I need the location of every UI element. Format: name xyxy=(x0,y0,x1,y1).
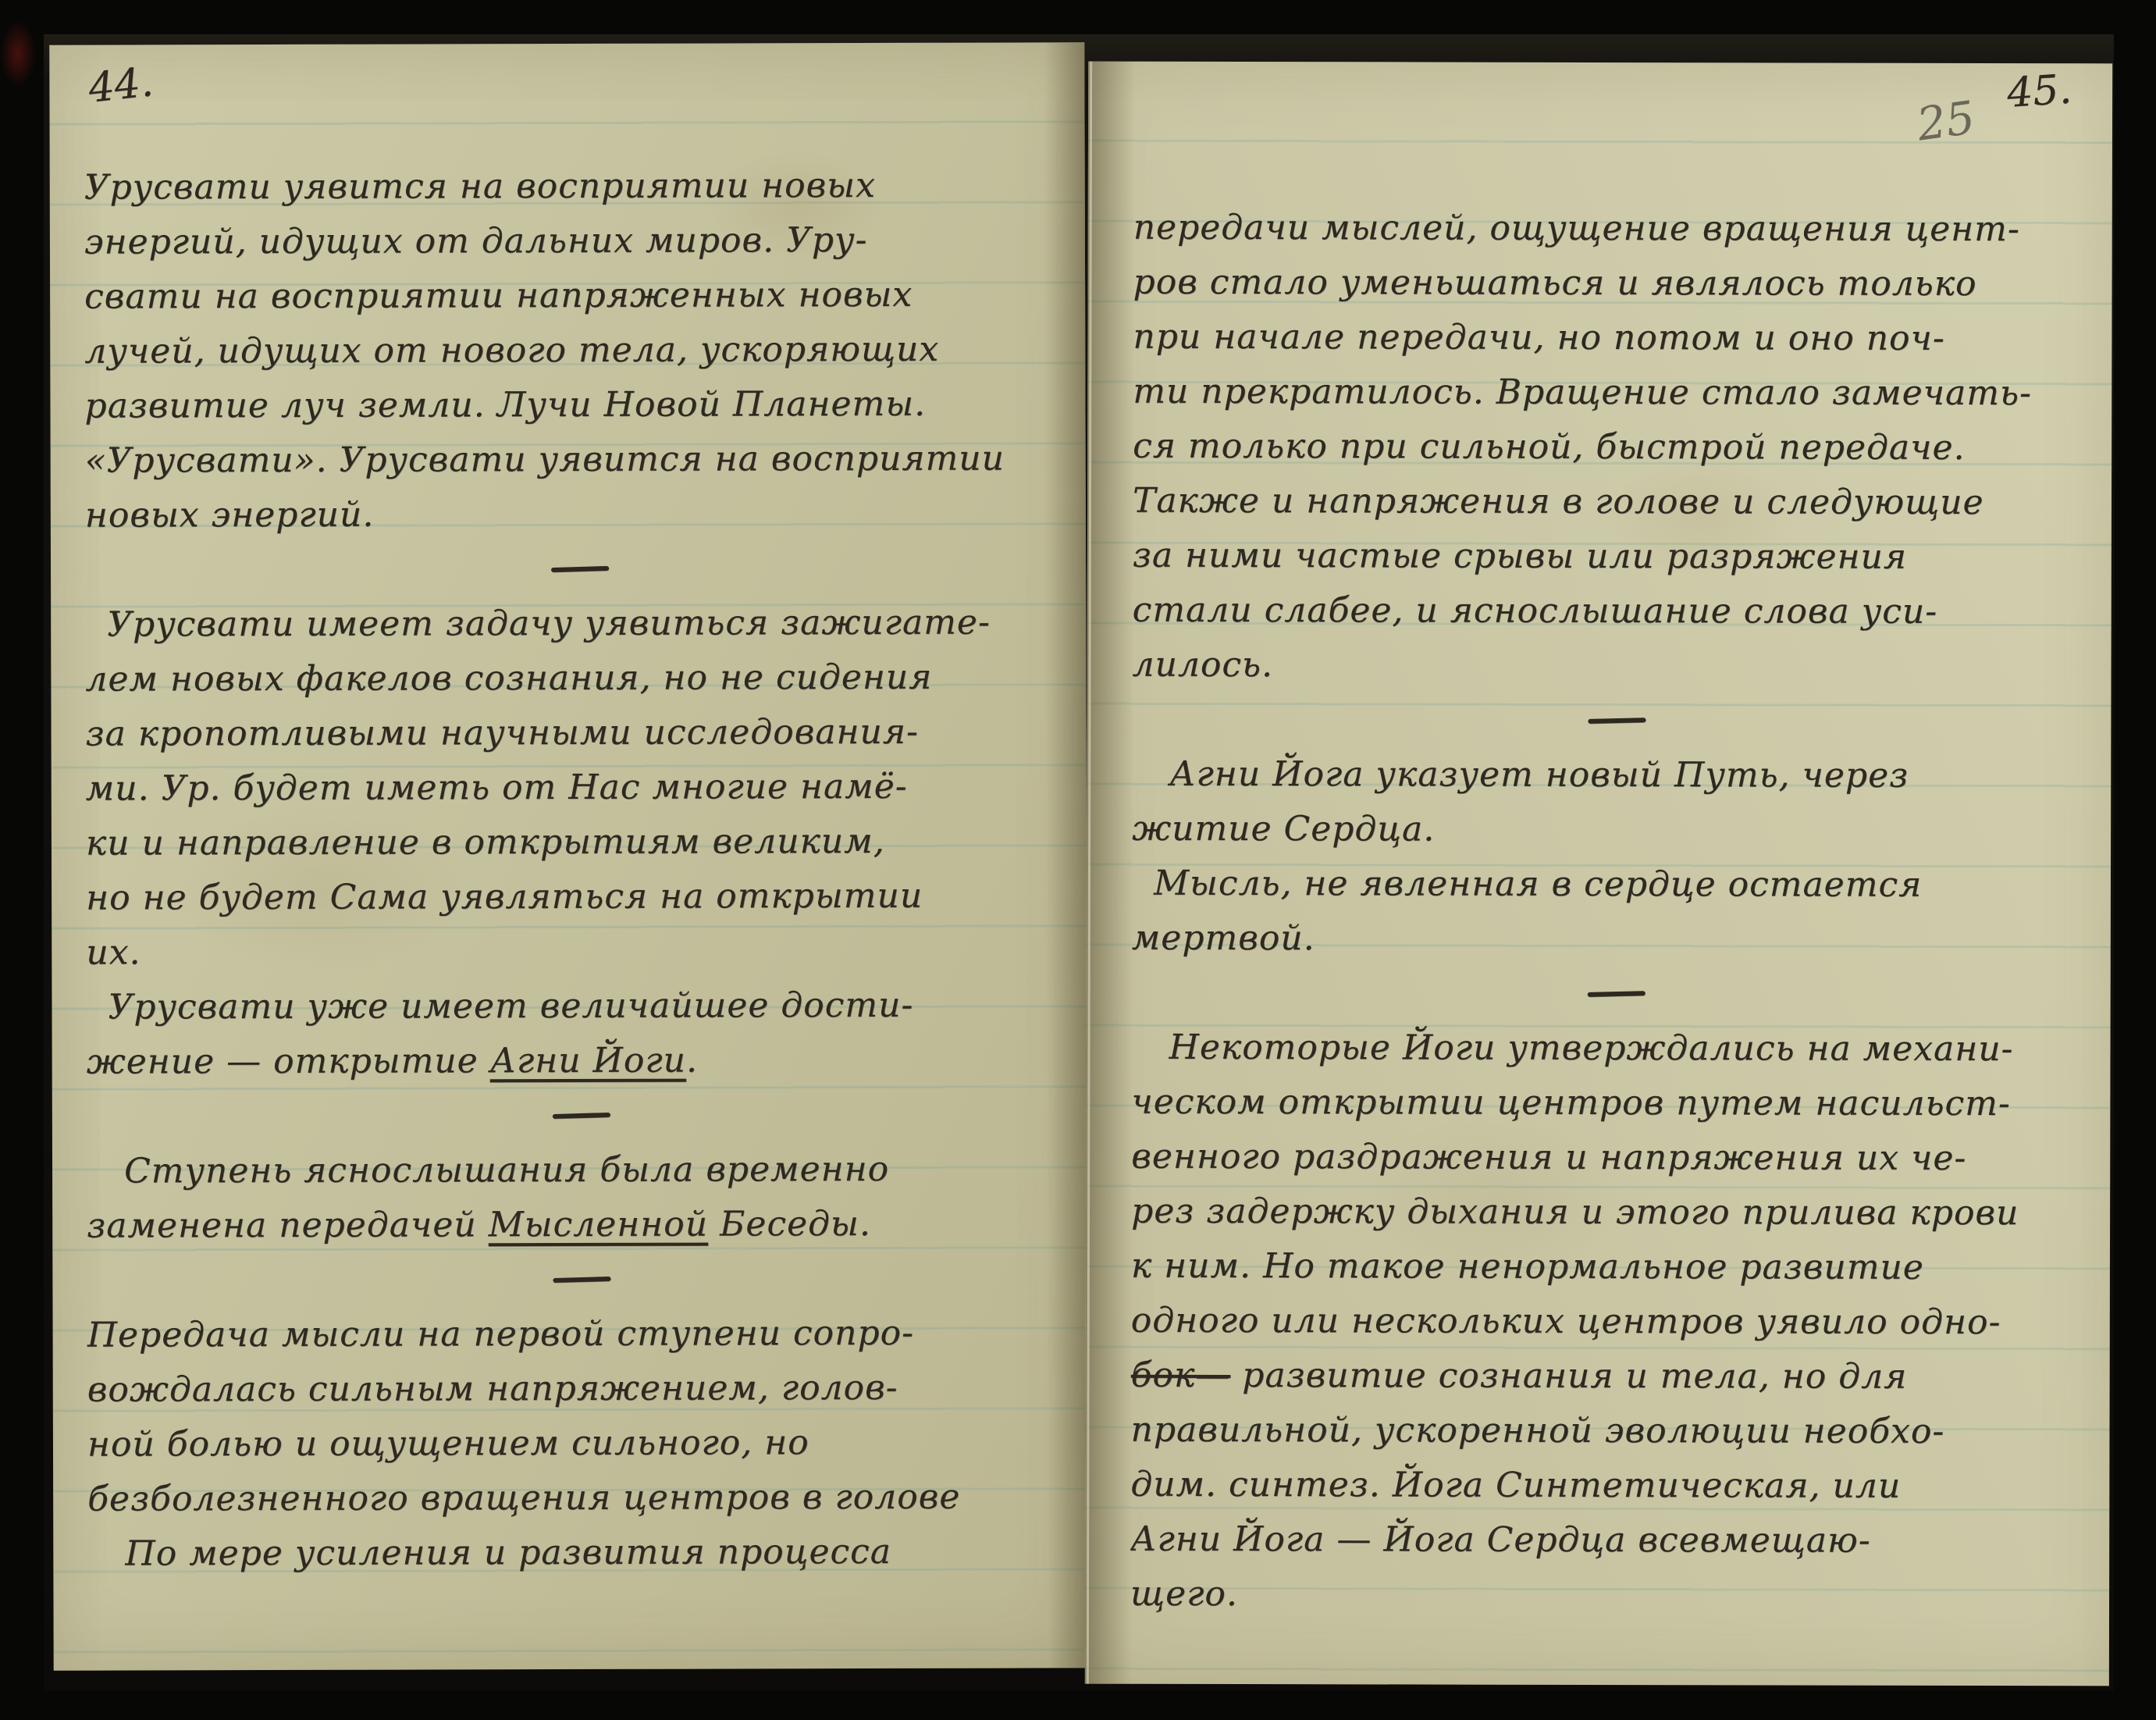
manuscript-line: правильной, ускоренной эволюции необхо- xyxy=(1130,1403,2100,1460)
manuscript-line: энергий, идущих от дальних миров. Уру- xyxy=(84,212,1074,269)
separator-dash xyxy=(553,1113,610,1119)
section-separator xyxy=(1132,966,2101,1023)
manuscript-line: за кропотливыми научными исследования- xyxy=(85,704,1075,761)
section-separator xyxy=(1132,693,2101,750)
section-separator xyxy=(87,1087,1076,1144)
manuscript-line: житие Сердца. xyxy=(1132,802,2101,859)
manuscript-line: ти прекратилось. Вращение стало замечать… xyxy=(1133,365,2102,422)
manuscript-line: ми. Ур. будет иметь от Нас многие намё- xyxy=(86,759,1076,816)
red-cover-smudge xyxy=(0,20,36,87)
manuscript-line: жение — открытие Агни Йоги. xyxy=(87,1032,1076,1089)
manuscript-line: к ним. Но такое ненормальное развитие xyxy=(1131,1239,2101,1296)
manuscript-line: венного раздражения и напряжения их че- xyxy=(1131,1130,2101,1187)
section-separator xyxy=(85,540,1075,597)
manuscript-line: но не будет Сама уявляться на открытии xyxy=(86,868,1076,925)
manuscript-line: Урусвати уявится на восприятии новых xyxy=(84,158,1074,215)
manuscript-line: ся только при сильной, быстрой передаче. xyxy=(1133,419,2102,476)
manuscript-line: лем новых факелов сознания, но не сидени… xyxy=(85,650,1075,707)
page-number-pencil: 25 xyxy=(1914,91,1978,151)
manuscript-line: за ними частые срывы или разряжения xyxy=(1133,529,2102,586)
manuscript-line: бок— развитие сознания и тела, но для xyxy=(1131,1348,2101,1405)
right-page: 45. 25 передачи мыслей, ощущение вращени… xyxy=(1085,62,2112,1686)
manuscript-line: Мысль, не явленная в сердце остается xyxy=(1132,856,2101,913)
manuscript-line: ки и направление в открытиям великим, xyxy=(86,814,1076,871)
manuscript-line: Передача мысли на первой ступени сопро- xyxy=(87,1305,1077,1362)
manuscript-line: «Урусвати». Урусвати уявится на восприят… xyxy=(85,431,1075,488)
manuscript-line: заменена передачей Мысленной Беседы. xyxy=(87,1196,1076,1253)
line-segment: заменена передачей xyxy=(87,1205,489,1245)
manuscript-line: их. xyxy=(86,923,1076,980)
manuscript-line: передачи мыслей, ощущение вращения цент- xyxy=(1133,201,2103,258)
manuscript-line: ров стало уменьшаться и являлось только xyxy=(1133,255,2103,312)
manuscript-line: вождалась сильным напряжением, голов- xyxy=(87,1360,1077,1417)
manuscript-line: щего. xyxy=(1130,1567,2100,1624)
line-segment: Беседы. xyxy=(708,1204,871,1245)
separator-dash xyxy=(551,566,609,572)
manuscript-line: По мере усиления и развития процесса xyxy=(87,1524,1077,1581)
manuscript-line: при начале передачи, но потом и оно поч- xyxy=(1133,310,2102,367)
manuscript-line: развитие луч земли. Лучи Новой Планеты. xyxy=(84,376,1074,433)
manuscript-line: дим. синтез. Йога Синтетическая, или xyxy=(1130,1458,2100,1515)
manuscript-line: лилось. xyxy=(1132,638,2101,695)
line-segment: развитие сознания и тела, но для xyxy=(1230,1355,1907,1397)
separator-dash xyxy=(1588,718,1645,724)
manuscript-line: Некоторые Йоги утверждались на механи- xyxy=(1131,1020,2101,1077)
struck-out-word: бок— xyxy=(1131,1355,1231,1395)
manuscript-line: Урусвати уже имеет величайшее дости- xyxy=(86,978,1076,1034)
right-page-text: передачи мыслей, ощущение вращения цент-… xyxy=(1085,201,2112,1624)
manuscript-line: Также и напряжения в голове и следующие xyxy=(1133,474,2102,531)
page-number-left: 44. xyxy=(86,59,155,112)
manuscript-line: Агни Йога указует новый Путь, через xyxy=(1132,747,2101,804)
manuscript-line: стали слабее, и яснослышание слова уси- xyxy=(1133,583,2102,640)
separator-dash xyxy=(553,1277,610,1283)
underlined-words-agni-yoga: Агни Йоги xyxy=(490,1041,686,1081)
manuscript-line: Урусвати имеет задачу уявиться зажигате- xyxy=(85,595,1075,652)
manuscript-line: свати на восприятии напряженных новых xyxy=(84,267,1074,324)
underlined-word-myslennoy: Мысленной xyxy=(489,1205,709,1245)
page-number-right: 45. xyxy=(2005,66,2073,116)
line-segment: . xyxy=(686,1041,698,1081)
manuscript-line: мертвой. xyxy=(1132,911,2101,968)
manuscript-line: одного или нескольких центров уявило одн… xyxy=(1131,1294,2101,1351)
manuscript-line: лучей, идущих от нового тела, ускоряющих xyxy=(84,322,1074,379)
left-page-text: Урусвати уявится на восприятии новых эне… xyxy=(50,158,1089,1581)
left-page: 44. Урусвати уявится на восприятии новых… xyxy=(49,42,1088,1670)
manuscript-line: рез задержку дыхания и этого прилива кро… xyxy=(1131,1184,2101,1241)
manuscript-line: Ступень яснослышания была временно xyxy=(87,1141,1076,1198)
manuscript-line: безболезненного вращения центров в голов… xyxy=(87,1469,1077,1526)
manuscript-line: Агни Йога — Йога Сердца всевмещаю- xyxy=(1130,1512,2100,1569)
notebook-spread: 44. Урусвати уявится на восприятии новых… xyxy=(0,0,2156,1720)
separator-dash xyxy=(1588,991,1645,997)
section-separator xyxy=(87,1251,1076,1308)
line-segment: жение — открытие xyxy=(87,1041,490,1081)
manuscript-line: новых энергий. xyxy=(85,486,1075,543)
manuscript-line: ной болью и ощущением сильного, но xyxy=(87,1415,1077,1472)
manuscript-line: ческом открытии центров путем насильст- xyxy=(1131,1075,2101,1132)
